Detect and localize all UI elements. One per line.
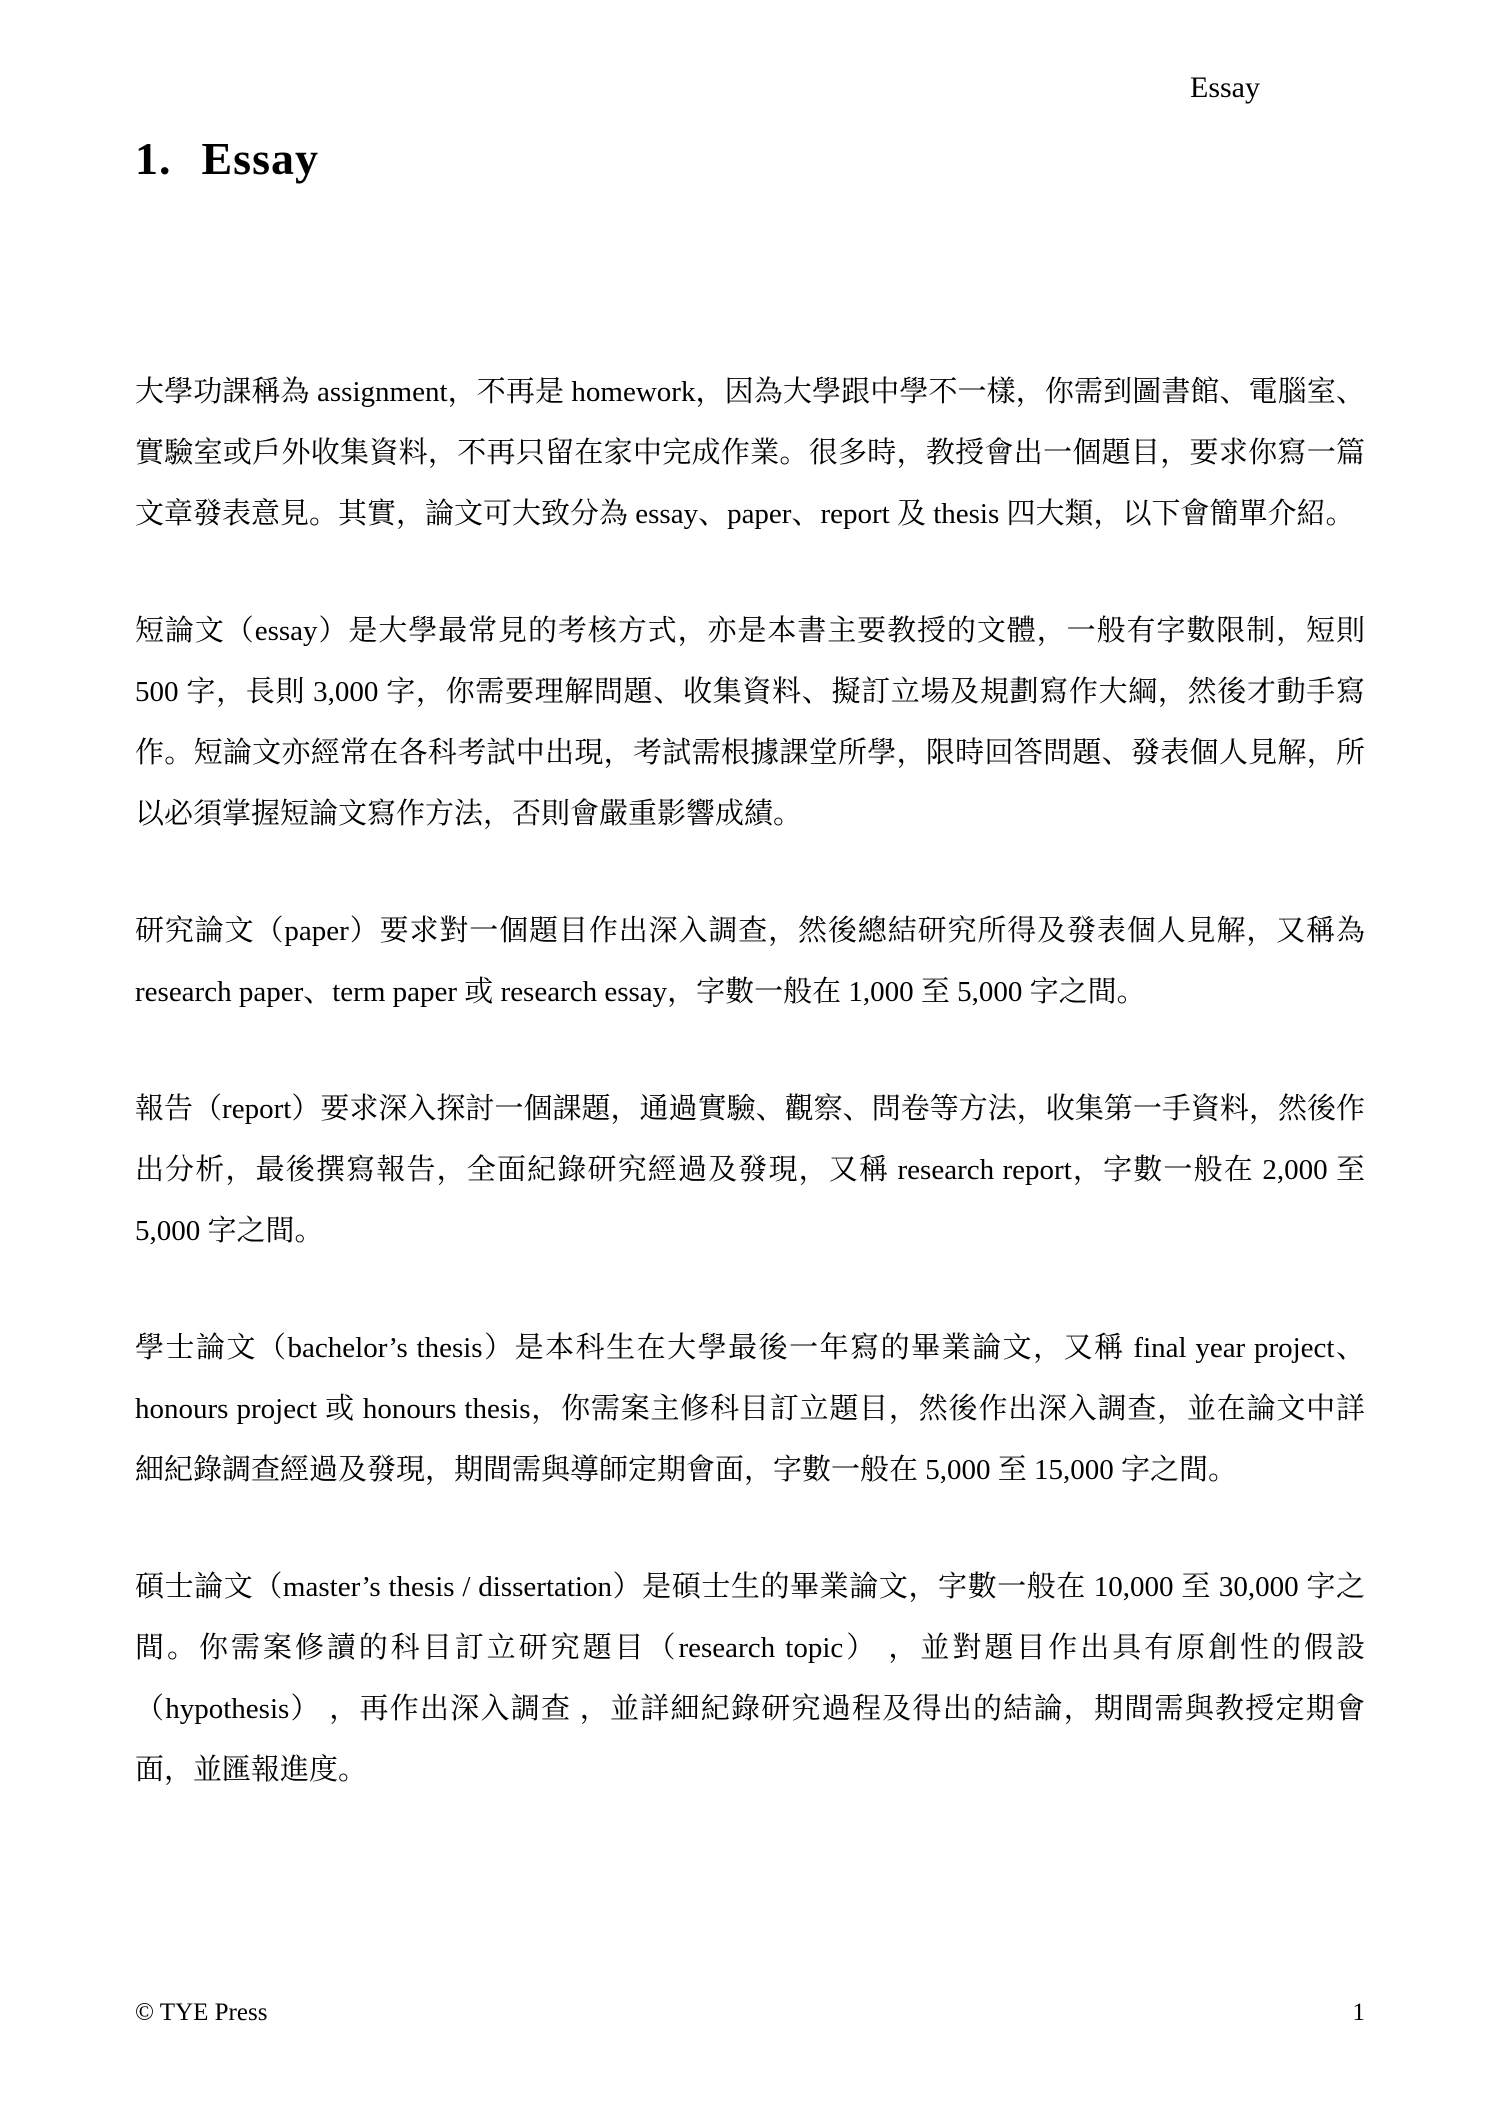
running-header: Essay bbox=[1190, 70, 1260, 106]
page-footer: © TYE Press 1 bbox=[135, 1998, 1365, 2028]
footer-copyright: © TYE Press bbox=[135, 1998, 267, 2028]
paragraph-intro: 大學功課稱為 assignment，不再是 homework，因為大學跟中學不一… bbox=[135, 362, 1365, 545]
paragraph-bachelors-thesis: 學士論文（bachelor’s thesis）是本科生在大學最後一年寫的畢業論文… bbox=[135, 1318, 1365, 1501]
paragraph-essay: 短論文（essay）是大學最常見的考核方式，亦是本書主要教授的文體，一般有字數限… bbox=[135, 601, 1365, 845]
paragraph-paper: 研究論文（paper）要求對一個題目作出深入調查，然後總結研究所得及發表個人見解… bbox=[135, 901, 1365, 1023]
document-body: 大學功課稱為 assignment，不再是 homework，因為大學跟中學不一… bbox=[135, 362, 1365, 1857]
paragraph-report: 報告（report）要求深入探討一個課題，通過實驗、觀察、問卷等方法，收集第一手… bbox=[135, 1079, 1365, 1262]
title-text: Essay bbox=[202, 133, 319, 184]
paragraph-masters-thesis: 碩士論文（master’s thesis / dissertation）是碩士生… bbox=[135, 1557, 1365, 1801]
page-title: 1.Essay bbox=[135, 132, 319, 185]
footer-page-number: 1 bbox=[1353, 1998, 1366, 2028]
document-page: Essay 1.Essay 大學功課稱為 assignment，不再是 home… bbox=[0, 0, 1500, 2122]
title-number: 1. bbox=[135, 132, 172, 185]
